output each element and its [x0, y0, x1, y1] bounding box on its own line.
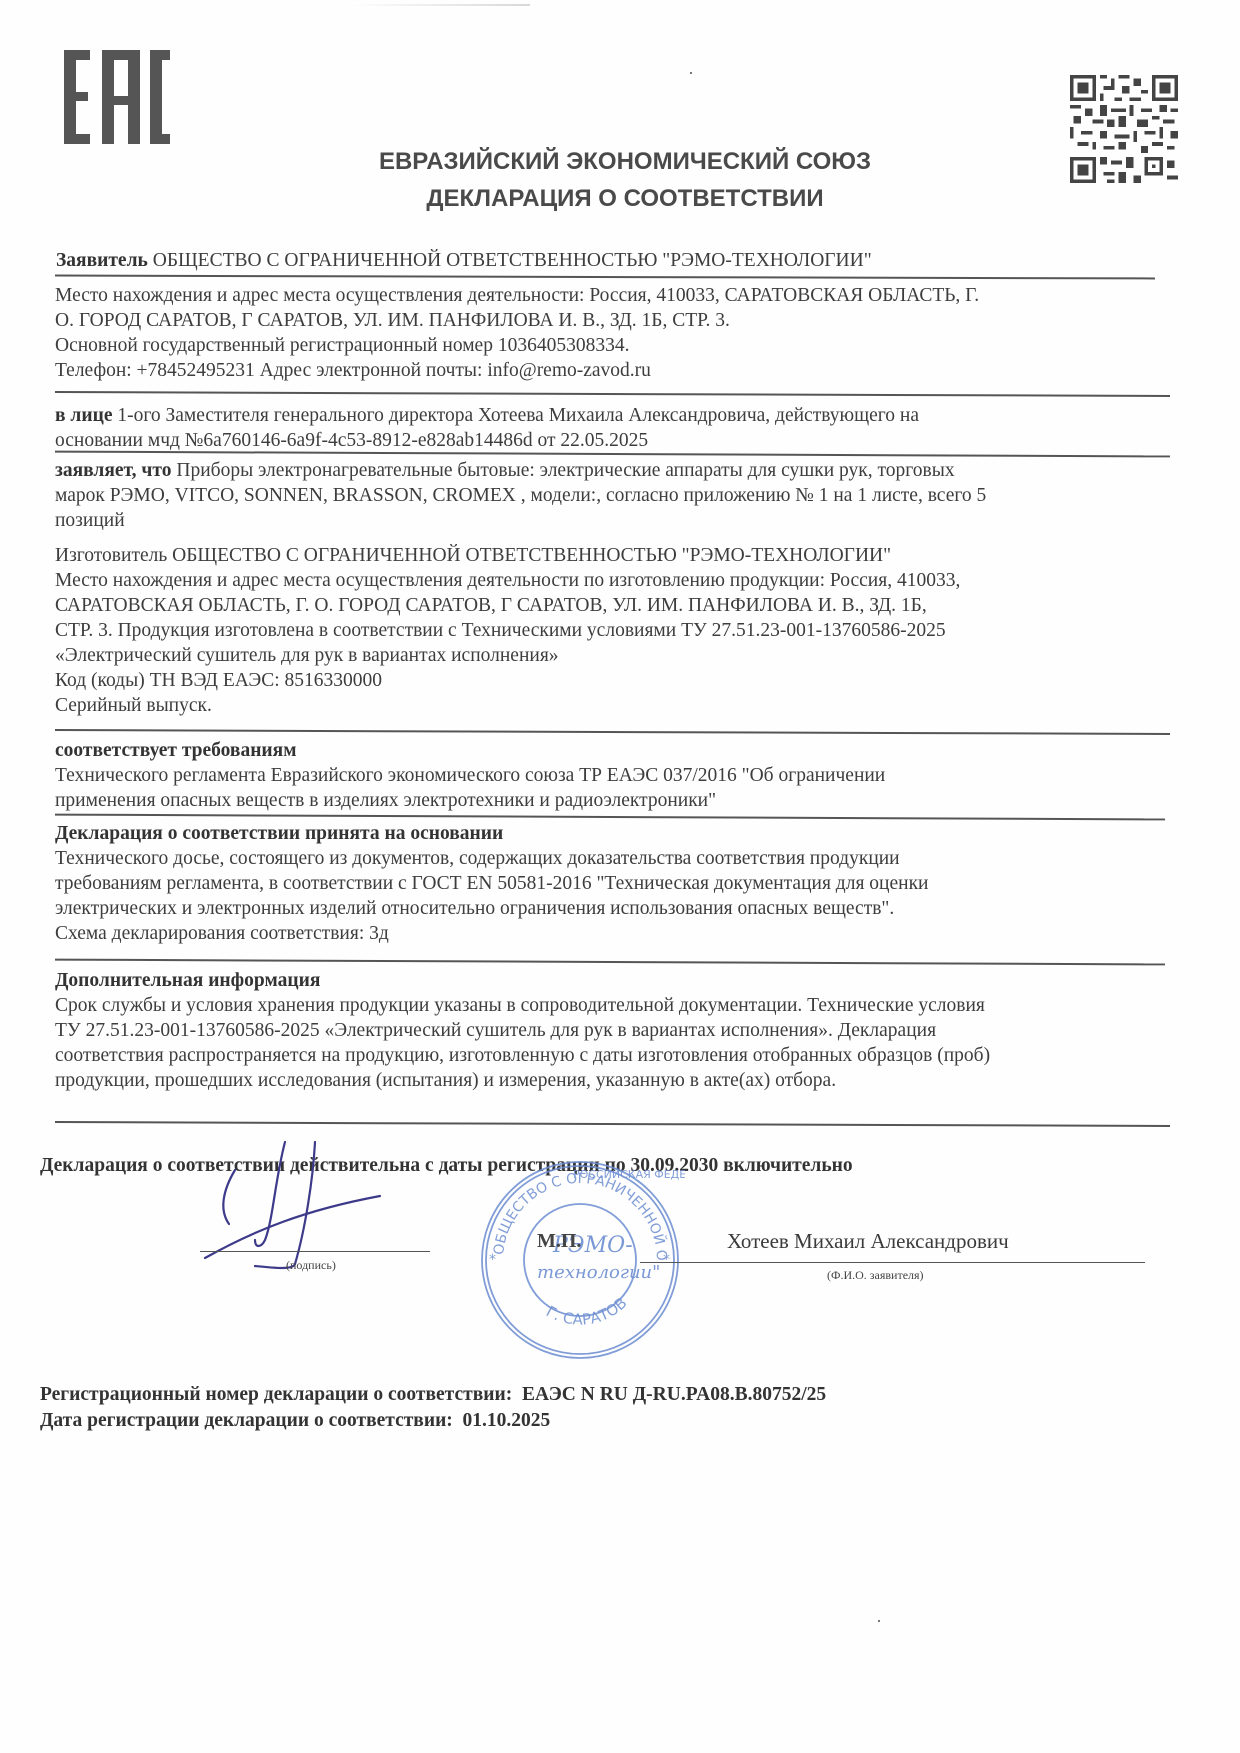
- applicant-address-line: О. ГОРОД САРАТОВ, Г САРАТОВ, УЛ. ИМ. ПАН…: [55, 308, 1170, 333]
- applicant-ogrn: Основной государственный регистрационный…: [55, 333, 1170, 358]
- divider: [55, 275, 1155, 280]
- svg-text:Г. САРАТОВ: Г. САРАТОВ: [543, 1294, 630, 1329]
- representative-line: 1-ого Заместителя генерального директора…: [117, 405, 919, 426]
- additional-line: Срок службы и условия хранения продукции…: [55, 993, 1170, 1018]
- conforms-heading: соответствует требованиям: [55, 738, 1170, 763]
- basis-heading: Декларация о соответствии принята на осн…: [55, 821, 1170, 846]
- scan-artifact: [690, 72, 692, 74]
- declares-line: Приборы электронагревательные бытовые: э…: [176, 460, 954, 481]
- additional-section: Дополнительная информация Срок службы и …: [55, 968, 1170, 1093]
- basis-line: электрических и электронных изделий отно…: [55, 896, 1170, 921]
- registration-date-label: Дата регистрации декларации о соответств…: [40, 1410, 453, 1431]
- divider: [55, 1121, 1170, 1127]
- qr-code-icon[interactable]: [1070, 70, 1178, 188]
- applicant-fullname: Хотеев Михаил Александрович: [727, 1229, 1009, 1254]
- manufacturer-line: Место нахождения и адрес места осуществл…: [55, 568, 1170, 593]
- declares-line: позиций: [55, 508, 1170, 533]
- registration-date-row: Дата регистрации декларации о соответств…: [40, 1410, 550, 1432]
- signature-caption: (подпись): [286, 1258, 336, 1273]
- manufacturer-line: СТР. 3. Продукция изготовлена в соответс…: [55, 618, 1170, 643]
- divider: [55, 959, 1165, 966]
- applicant-name: ОБЩЕСТВО С ОГРАНИЧЕННОЙ ОТВЕТСТВЕННОСТЬЮ…: [153, 250, 872, 271]
- registration-date-value: 01.10.2025: [463, 1410, 551, 1431]
- svg-text:технологии": технологии": [537, 1262, 660, 1283]
- manufacturer-section: Изготовитель ОБЩЕСТВО С ОГРАНИЧЕННОЙ ОТВ…: [55, 543, 1170, 718]
- document-title: ДЕКЛАРАЦИЯ О СООТВЕТСТВИИ: [5, 185, 1240, 213]
- basis-line: Технического досье, состоящего из докуме…: [55, 846, 1170, 871]
- declares-line: марок РЭМО, VITCO, SONNEN, BRASSON, CROM…: [55, 483, 1170, 508]
- representative-line: основании мчд №6a760146-6a9f-4c53-8912-e…: [55, 428, 1170, 453]
- manufacturer-line: САРАТОВСКАЯ ОБЛАСТЬ, Г. О. ГОРОД САРАТОВ…: [55, 593, 1170, 618]
- fullname-caption: (Ф.И.О. заявителя): [827, 1268, 924, 1283]
- conforms-section: соответствует требованиям Технического р…: [55, 738, 1170, 813]
- additional-line: ТУ 27.51.23-001-13760586-2025 «Электриче…: [55, 1018, 1170, 1043]
- divider: [55, 814, 1165, 821]
- divider: [55, 391, 1170, 397]
- representative-section: в лице 1-ого Заместителя генерального ди…: [55, 403, 1170, 453]
- applicant-address-line: Место нахождения и адрес места осуществл…: [55, 283, 1170, 308]
- representative-label: в лице: [55, 405, 112, 426]
- declaration-page: ЕВРАЗИЙСКИЙ ЭКОНОМИЧЕСКИЙ СОЮЗ ДЕКЛАРАЦИ…: [0, 0, 1240, 1753]
- svg-text:*: *: [663, 1252, 670, 1268]
- applicant-heading: Заявитель ОБЩЕСТВО С ОГРАНИЧЕННОЙ ОТВЕТС…: [56, 248, 1171, 273]
- registration-number-value: ЕАЭС N RU Д-RU.PA08.B.80752/25: [522, 1384, 826, 1405]
- conforms-line: применения опасных веществ в изделиях эл…: [55, 788, 1170, 813]
- applicant-label: Заявитель: [56, 250, 148, 271]
- svg-text:РОССИЙСКАЯ ФЕДЕРАЦИЯ: РОССИЙСКАЯ ФЕДЕРАЦИЯ: [573, 1168, 685, 1181]
- hs-code: Код (коды) ТН ВЭД ЕАЭС: 8516330000: [55, 668, 1170, 693]
- applicant-contacts: Телефон: +78452495231 Адрес электронной …: [55, 358, 1170, 383]
- basis-section: Декларация о соответствии принята на осн…: [55, 821, 1170, 946]
- declares-section: заявляет, что Приборы электронагреватель…: [55, 458, 1170, 533]
- signature-line: [200, 1251, 430, 1252]
- manufacturer-line: «Электрический сушитель для рук в вариан…: [55, 643, 1170, 668]
- fullname-line: [640, 1262, 1145, 1263]
- additional-line: продукции, прошедших исследования (испыт…: [55, 1068, 1170, 1093]
- declares-label: заявляет, что: [55, 460, 172, 481]
- eac-mark-icon: [62, 46, 172, 148]
- scan-artifact: [878, 1620, 880, 1622]
- union-title: ЕВРАЗИЙСКИЙ ЭКОНОМИЧЕСКИЙ СОЮЗ: [5, 148, 1240, 176]
- applicant-details: Место нахождения и адрес места осуществл…: [55, 283, 1170, 383]
- registration-number-label: Регистрационный номер декларации о соотв…: [40, 1384, 512, 1405]
- registration-number-row: Регистрационный номер декларации о соотв…: [40, 1384, 826, 1406]
- scan-artifact: [350, 4, 530, 6]
- additional-line: соответствия распространяется на продукц…: [55, 1043, 1170, 1068]
- declaration-scheme: Схема декларирования соответствия: 3д: [55, 921, 1170, 946]
- validity-statement: Декларация о соответствии действительна …: [40, 1155, 853, 1177]
- serial-production: Серийный выпуск.: [55, 693, 1170, 718]
- svg-text:*: *: [489, 1252, 496, 1268]
- conforms-line: Технического регламента Евразийского эко…: [55, 763, 1170, 788]
- manufacturer-line: Изготовитель ОБЩЕСТВО С ОГРАНИЧЕННОЙ ОТВ…: [55, 543, 1170, 568]
- basis-line: требованиям регламента, в соответствии с…: [55, 871, 1170, 896]
- additional-heading: Дополнительная информация: [55, 968, 1170, 993]
- company-stamp-icon: ОБЩЕСТВО С ОГРАНИЧЕННОЙ ОТВЕТСТВЕННОСТЬЮ…: [475, 1150, 685, 1370]
- divider: [55, 729, 1170, 735]
- seal-label: М.П.: [537, 1230, 581, 1253]
